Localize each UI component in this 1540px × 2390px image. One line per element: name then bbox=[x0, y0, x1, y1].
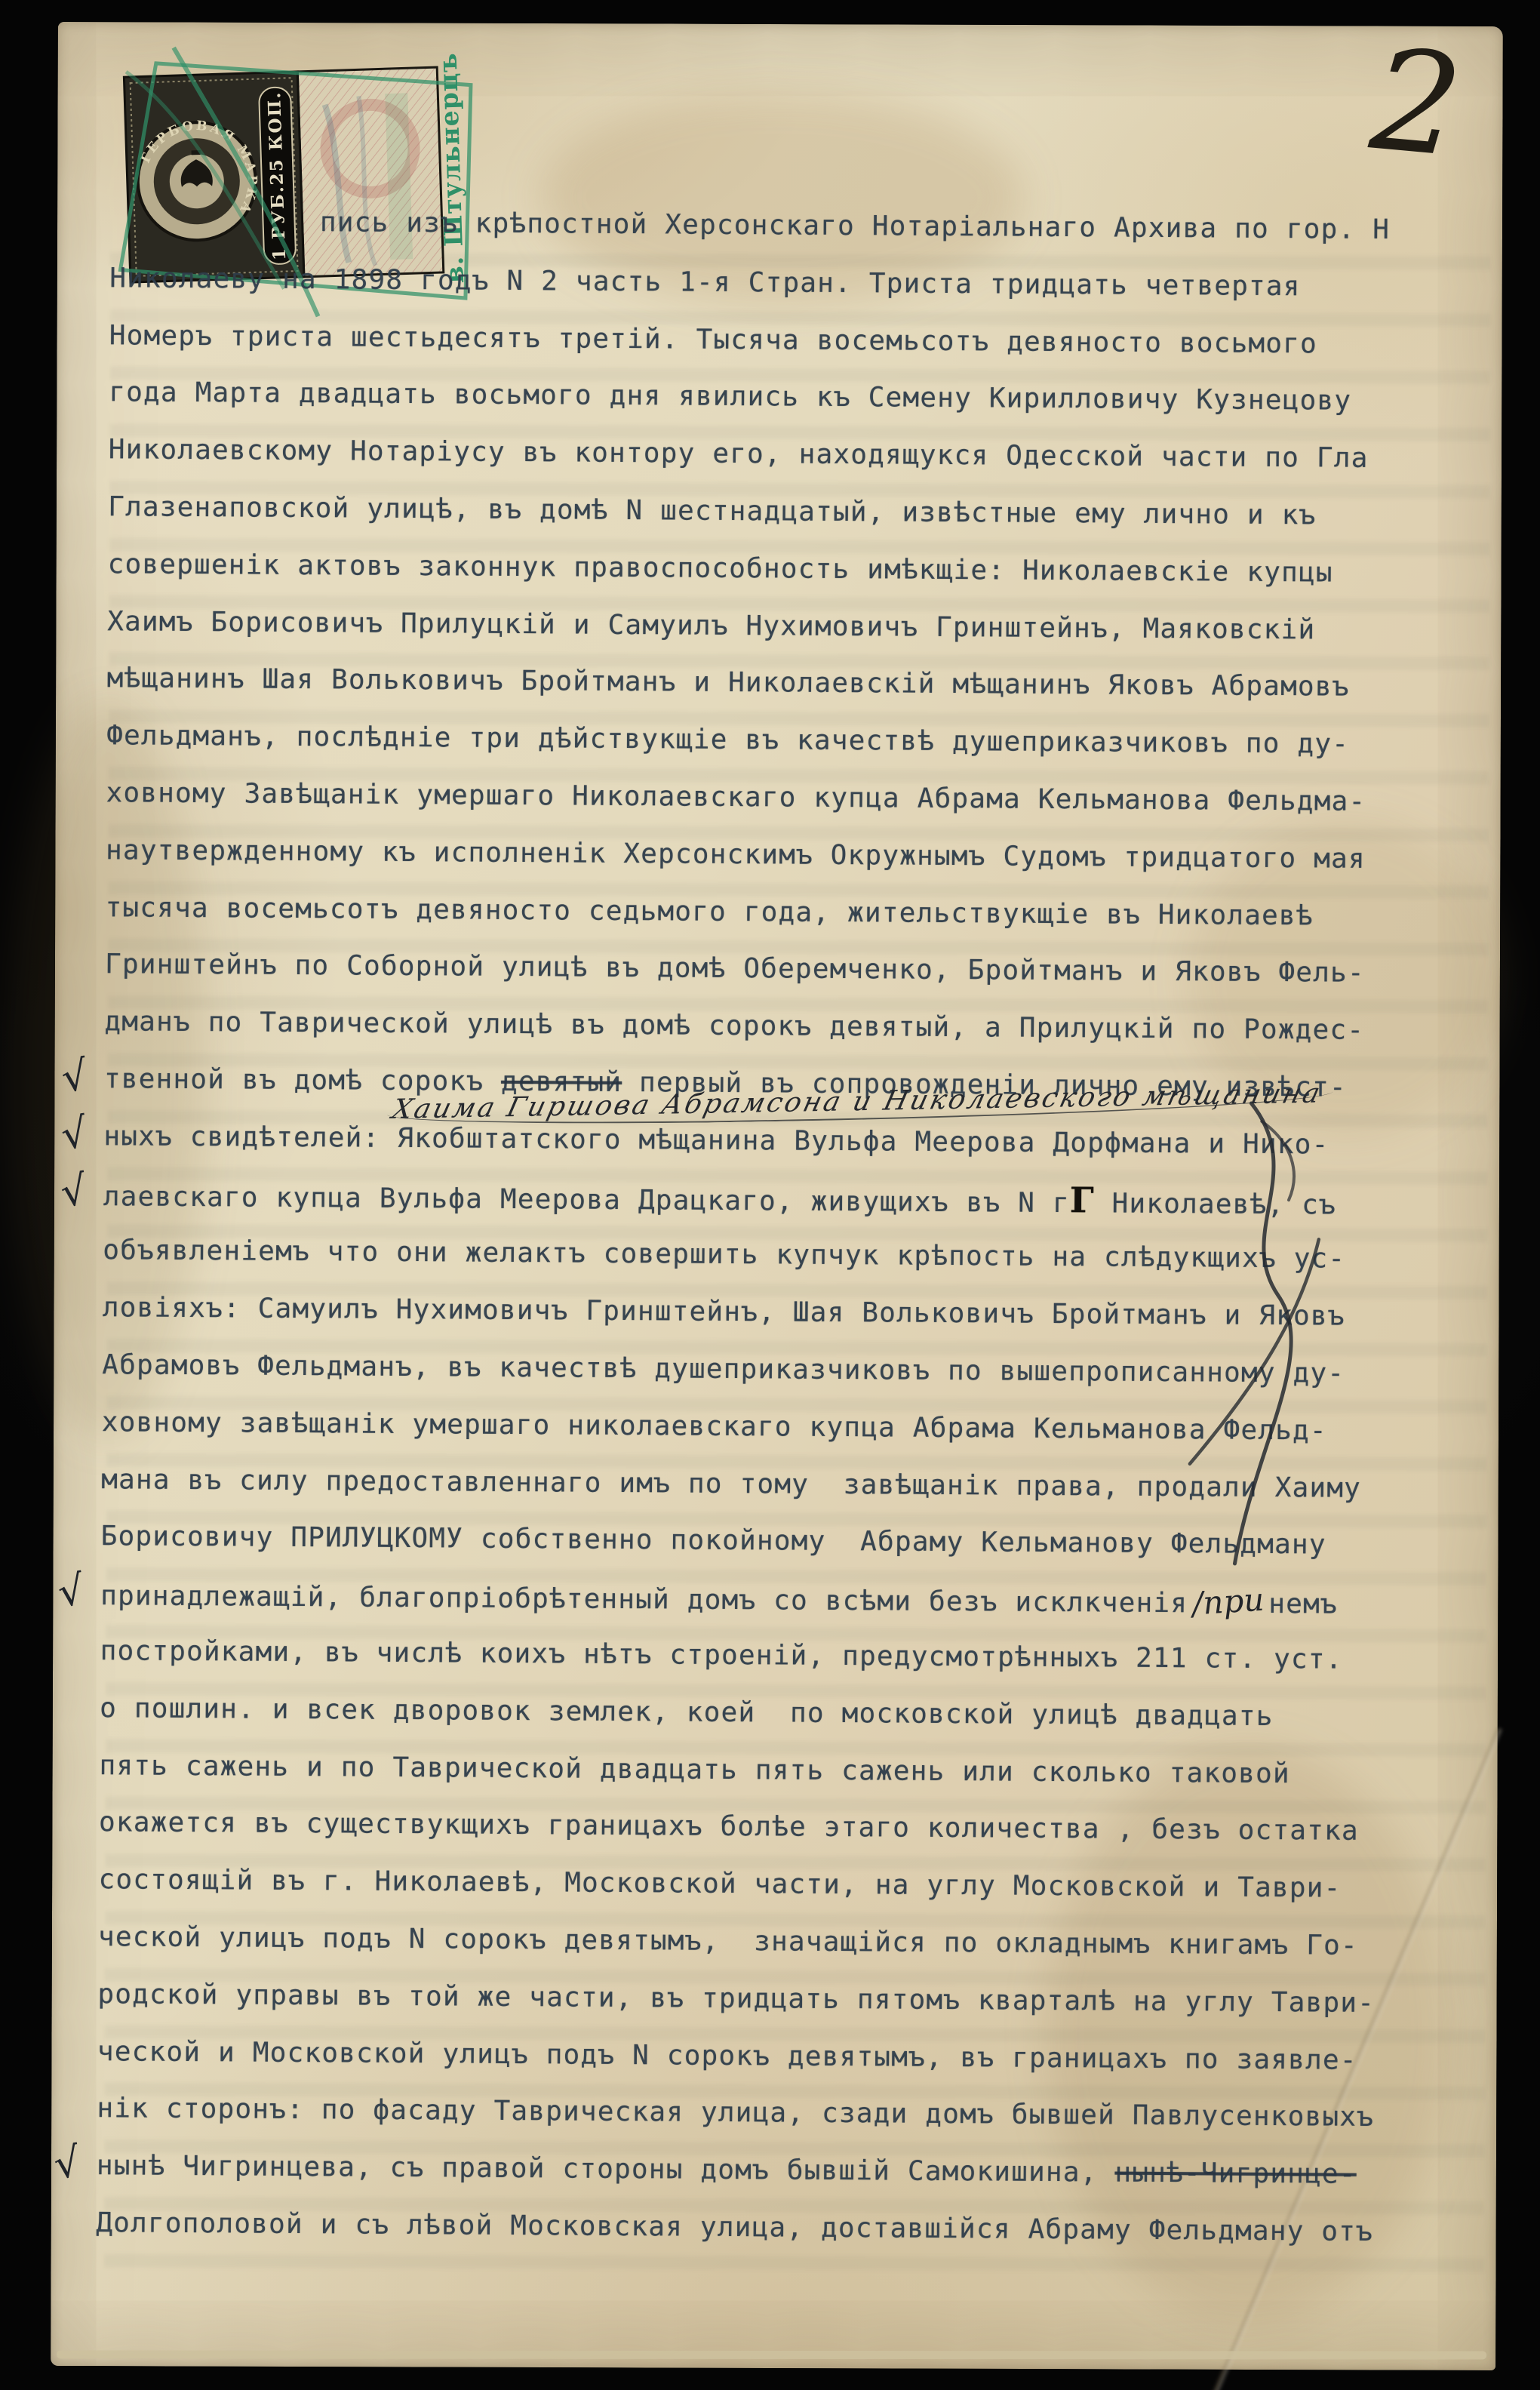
typewritten-text: мана въ силу предоставленнаго имъ по том… bbox=[101, 1464, 1361, 1504]
document-line: ческой и Московской улицъ подъ N сорокъ … bbox=[97, 2023, 1489, 2090]
typewritten-text: ческой улицъ подъ N сорокъ девятымъ, зна… bbox=[98, 1921, 1358, 1961]
typewritten-text: ловіяхъ: Самуилъ Нухимовичъ Гринштейнъ, … bbox=[103, 1292, 1345, 1331]
document-line: окажется въ существукщихъ границахъ болѣ… bbox=[99, 1794, 1490, 1861]
typewritten-text: Николаеву на 1898 годъ N 2 часть 1-я Стр… bbox=[109, 263, 1301, 302]
document-line: состоящій въ г. Николаевѣ, Московской ча… bbox=[98, 1851, 1489, 1918]
typewritten-text: нынѣ Чигринцева, съ правой стороны домъ … bbox=[97, 2150, 1115, 2188]
typewritten-text: пись изъ крѣпостной Херсонскаго Нотаріал… bbox=[320, 207, 1390, 245]
document-line: Глазенаповской улицѣ, въ домѣ N шестнадц… bbox=[108, 478, 1499, 546]
document-line: Николаеву на 1898 годъ N 2 часть 1-я Стр… bbox=[109, 250, 1501, 317]
document-line: Хаимъ Борисовичъ Прилуцкій и Самуилъ Нух… bbox=[107, 593, 1499, 660]
typewritten-text: Фельдманъ, послѣдніе три дѣйствукщіе въ … bbox=[106, 720, 1349, 759]
typewritten-text: совершенік актовъ законнук правоспособно… bbox=[108, 549, 1333, 588]
typewritten-text: ческой и Московской улицъ подъ N сорокъ … bbox=[97, 2036, 1357, 2076]
typewritten-text: мѣщанинъ Шая Вольковичъ Бройтманъ и Нико… bbox=[107, 663, 1350, 703]
document-line: тысяча восемьсотъ девяносто седьмого год… bbox=[105, 879, 1496, 946]
document-line: принадлежащій, благопріобрѣтенный домъ с… bbox=[100, 1565, 1492, 1632]
document-line: родской управы въ той же части, въ тридц… bbox=[97, 1966, 1489, 2033]
typewritten-text: тысяча восемьсотъ девяносто седьмого год… bbox=[105, 892, 1313, 931]
document-line: нынѣ Чигринцева, съ правой стороны домъ … bbox=[97, 2137, 1488, 2204]
typewritten-text: ныхъ свидѣтелей: Якобштатского мѣщанина … bbox=[103, 1121, 1329, 1160]
typewritten-text: Николаевѣ, съ bbox=[1095, 1188, 1337, 1220]
typewritten-text: твенной въ домѣ сорокъ bbox=[104, 1063, 501, 1097]
typewritten-text: объявленіемъ что они желактъ совершить к… bbox=[103, 1235, 1345, 1275]
document-line: пять сажень и по Таврической двадцать пя… bbox=[99, 1737, 1490, 1804]
page-number-handwritten: 2 bbox=[1366, 30, 1467, 177]
document-line: Долгополовой и съ лѣвой Московская улица… bbox=[96, 2195, 1487, 2262]
document-line: Гринштейнъ по Соборной улицѣ въ домѣ Обе… bbox=[105, 937, 1496, 1004]
typewritten-text: принадлежащій, благопріобрѣтенный домъ с… bbox=[100, 1580, 1188, 1619]
document-line: Фельдманъ, послѣдніе три дѣйствукщіе въ … bbox=[106, 707, 1498, 774]
photo-background: ГЕРБОВАЯ МАРКА 1 РУБ.25 КОП. в. Штульнер… bbox=[0, 0, 1540, 2390]
typewritten-text: ховному Завѣщанік умершаго Николаевскаго… bbox=[106, 777, 1366, 817]
typewritten-text: Глазенаповской улицѣ, въ домѣ N шестнадц… bbox=[108, 491, 1316, 531]
typewritten-text: окажется въ существукщихъ границахъ болѣ… bbox=[99, 1807, 1359, 1847]
handwritten-overwrite: Г bbox=[1070, 1180, 1095, 1220]
underlying-sheet-edge bbox=[57, 2350, 1486, 2359]
typewritten-text: Абрамовъ Фельдманъ, въ качествѣ душеприк… bbox=[102, 1349, 1345, 1389]
document-line: совершенік актовъ законнук правоспособно… bbox=[107, 536, 1499, 603]
typewritten-text: немъ bbox=[1268, 1589, 1338, 1620]
typewritten-text: пять сажень и по Таврической двадцать пя… bbox=[99, 1750, 1290, 1789]
typewritten-text: лаевскаго купца Вульфа Меерова Драцкаго,… bbox=[103, 1181, 1070, 1219]
document-line: Борисовичу ПРИЛУЦКОМУ собственно покойно… bbox=[100, 1509, 1492, 1576]
document-line: дманъ по Таврической улицѣ въ домѣ сорок… bbox=[104, 993, 1495, 1060]
document-line: Николаевскому Нотаріусу въ контору его, … bbox=[109, 421, 1500, 488]
typewritten-text: ховному завѣщанік умершаго николаевскаго… bbox=[102, 1407, 1327, 1446]
document-line: объявленіемъ что они желактъ совершить к… bbox=[103, 1223, 1494, 1290]
document-line: ческой улицъ подъ N сорокъ девятымъ, зна… bbox=[98, 1909, 1489, 1976]
typewritten-text: Хаимъ Борисовичъ Прилуцкій и Самуилъ Нух… bbox=[107, 606, 1315, 645]
typewritten-text: наутвержденному къ исполненік Херсонским… bbox=[106, 835, 1366, 875]
paper-sheet: ГЕРБОВАЯ МАРКА 1 РУБ.25 КОП. в. Штульнер… bbox=[51, 22, 1503, 2370]
typewritten-text: родской управы въ той же части, въ тридц… bbox=[97, 1979, 1375, 2019]
document-line: нік сторонъ: по фасаду Таврическая улица… bbox=[97, 2080, 1488, 2147]
document-line: ловіяхъ: Самуилъ Нухимовичъ Гринштейнъ, … bbox=[103, 1279, 1494, 1346]
typewritten-text: дманъ по Таврической улицѣ въ домѣ сорок… bbox=[104, 1006, 1364, 1046]
document-line: постройками, въ числѣ коихъ нѣтъ строені… bbox=[100, 1623, 1491, 1690]
typewritten-text: Борисовичу ПРИЛУЦКОМУ собственно покойно… bbox=[101, 1521, 1326, 1561]
document-line: ховному Завѣщанік умершаго Николаевскаго… bbox=[106, 764, 1497, 832]
document-line: лаевскаго купца Вульфа Меерова Драцкаго,… bbox=[103, 1165, 1495, 1232]
typewritten-text: постройками, въ числѣ коихъ нѣтъ строені… bbox=[100, 1635, 1343, 1675]
typewritten-text: Николаевскому Нотаріусу въ контору его, … bbox=[109, 434, 1369, 474]
document-line: мѣщанинъ Шая Вольковичъ Бройтманъ и Нико… bbox=[106, 651, 1498, 718]
typewritten-text: нік сторонъ: по фасаду Таврическая улица… bbox=[97, 2093, 1374, 2133]
typewritten-text: Номеръ триста шестьдесятъ третій. Тысяча… bbox=[109, 320, 1317, 359]
document-line: Абрамовъ Фельдманъ, въ качествѣ душеприк… bbox=[102, 1336, 1493, 1404]
margin-checkmark-icon: √ bbox=[51, 2142, 84, 2186]
document-line: пись изъ крѣпостной Херсонскаго Нотаріал… bbox=[110, 192, 1502, 260]
document-line: года Марта двадцать восьмого дня явились… bbox=[109, 364, 1500, 432]
document-line: наутвержденному къ исполненік Херсонским… bbox=[106, 822, 1497, 889]
margin-checkmark-icon: √ bbox=[55, 1570, 88, 1614]
handwritten-correction: /при bbox=[1191, 1571, 1266, 1633]
margin-checkmark-icon: √ bbox=[58, 1169, 91, 1213]
typewritten-text: Гринштейнъ по Соборной улицѣ въ домѣ Обе… bbox=[105, 949, 1365, 989]
typewritten-text: о пошлин. и всек дворовок землек, коей п… bbox=[100, 1693, 1274, 1732]
document-line: мана въ силу предоставленнаго имъ по том… bbox=[101, 1451, 1492, 1518]
typewritten-text: состоящій въ г. Николаевѣ, Московской ча… bbox=[98, 1864, 1341, 1903]
document-line: ховному завѣщанік умершаго николаевскаго… bbox=[102, 1394, 1493, 1461]
margin-checkmark-icon: √ bbox=[59, 1054, 91, 1099]
typewritten-text: года Марта двадцать восьмого дня явились… bbox=[109, 377, 1351, 417]
document-line: Номеръ триста шестьдесятъ третій. Тысяча… bbox=[109, 307, 1501, 374]
typewritten-text-block: пись изъ крѣпостной Херсонскаго Нотаріал… bbox=[96, 192, 1502, 2261]
typewritten-text: Долгополовой и съ лѣвой Московская улица… bbox=[96, 2207, 1373, 2247]
margin-checkmark-icon: √ bbox=[58, 1112, 91, 1156]
struck-text: нынѣ-Чигринце- bbox=[1114, 2158, 1357, 2190]
document-line: о пошлин. и всек дворовок землек, коей п… bbox=[100, 1680, 1491, 1747]
